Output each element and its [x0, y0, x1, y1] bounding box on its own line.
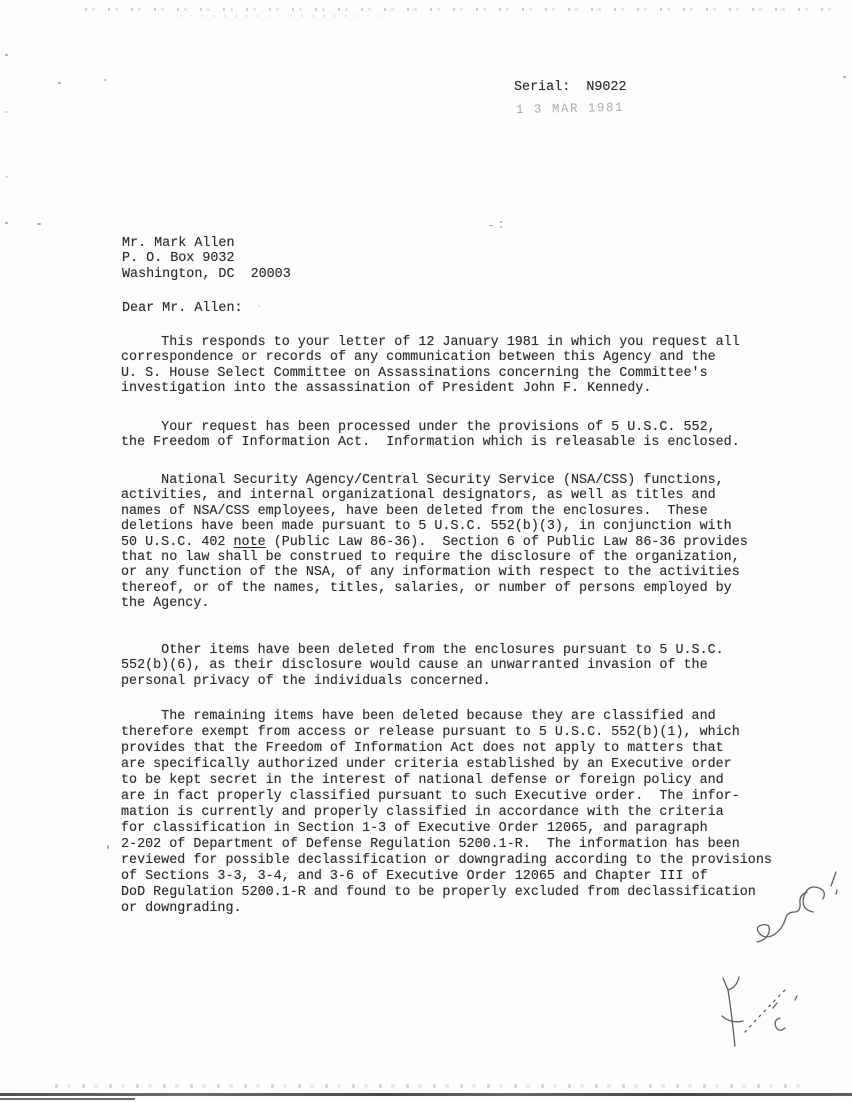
letter-line: The remaining items have been deleted be… — [121, 709, 772, 725]
letter-line: 50 U.S.C. 402 note (Public Law 86-36). S… — [121, 535, 748, 550]
scan-noise-bottom — [55, 1084, 800, 1088]
scanned-letter-page: Serial: N9022 1 3 MAR 1981 Mr. Mark Alle… — [0, 0, 852, 1102]
letter-line: therefore exempt from access or release … — [121, 725, 772, 741]
received-date-stamp: 1 3 MAR 1981 — [516, 101, 624, 119]
letter-line: correspondence or records of any communi… — [121, 350, 740, 365]
letter-line: names of NSA/CSS employees, have been de… — [121, 504, 748, 519]
scan-noise-top — [85, 8, 843, 11]
letter-text-segment: 50 U.S.C. 402 — [121, 535, 234, 550]
scan-speck — [5, 111, 8, 113]
scan-noise-top-2 — [180, 15, 390, 17]
scan-speck — [58, 82, 61, 84]
paragraph-response: This responds to your letter of 12 Janua… — [121, 335, 740, 397]
address-line: P. O. Box 9032 — [122, 251, 291, 266]
letter-line: personal privacy of the individuals conc… — [121, 674, 724, 689]
letter-line: activities, and internal organizational … — [121, 488, 748, 503]
letter-line: provides that the Freedom of Information… — [121, 741, 772, 757]
scan-speck — [104, 79, 106, 81]
address-line: Washington, DC 20003 — [122, 267, 291, 282]
letter-line: to be kept secret in the interest of nat… — [121, 773, 772, 789]
scan-speck — [107, 845, 109, 849]
letter-line: mation is currently and properly classif… — [121, 805, 772, 821]
address-line: Mr. Mark Allen — [122, 236, 291, 251]
scan-speck — [5, 176, 8, 178]
scan-edge-line-left — [0, 1098, 135, 1100]
letter-line: are specifically authorized under criter… — [121, 757, 772, 773]
letter-text-segment: (Public Law 86-36). Section 6 of Public … — [266, 535, 748, 550]
serial-number: Serial: N9022 — [514, 80, 627, 95]
letter-line: investigation into the assassination of … — [121, 381, 740, 396]
letter-line: National Security Agency/Central Securit… — [121, 473, 748, 488]
letter-line: the Freedom of Information Act. Informat… — [121, 435, 740, 450]
handwritten-annotation — [645, 850, 852, 1090]
scan-speck — [489, 225, 493, 226]
letter-line: the Agency. — [121, 596, 748, 611]
letter-line: deletions have been made pursuant to 5 U… — [121, 519, 748, 534]
letter-line: U. S. House Select Committee on Assassin… — [121, 366, 740, 381]
letter-line: Other items have been deleted from the e… — [121, 643, 724, 658]
letter-line: or any function of the NSA, of any infor… — [121, 565, 748, 580]
letter-line: that no law shall be construed to requir… — [121, 550, 748, 565]
letter-line: thereof, or of the names, titles, salari… — [121, 581, 748, 596]
letter-line: This responds to your letter of 12 Janua… — [121, 335, 740, 350]
scan-edge-line — [0, 1093, 852, 1096]
scan-speck — [5, 54, 8, 56]
recipient-address: Mr. Mark AllenP. O. Box 9032Washington, … — [122, 236, 291, 282]
letter-text-segment: note — [234, 535, 266, 550]
scan-speck — [37, 223, 41, 225]
paragraph-nsa-deletions: National Security Agency/Central Securit… — [121, 473, 748, 612]
scan-speck — [258, 305, 260, 307]
paragraph-privacy-deletions: Other items have been deleted from the e… — [121, 643, 724, 689]
scan-speck — [500, 221, 502, 223]
salutation: Dear Mr. Allen: — [122, 301, 243, 316]
letter-line: 552(b)(6), as their disclosure would cau… — [121, 658, 724, 673]
letter-line: are in fact properly classified pursuant… — [121, 789, 772, 805]
scan-speck — [5, 222, 8, 224]
paragraph-foia-processing: Your request has been processed under th… — [121, 420, 740, 451]
letter-line: Your request has been processed under th… — [121, 420, 740, 435]
scan-speck — [843, 76, 846, 78]
letter-line: for classification in Section 1-3 of Exe… — [121, 821, 772, 837]
